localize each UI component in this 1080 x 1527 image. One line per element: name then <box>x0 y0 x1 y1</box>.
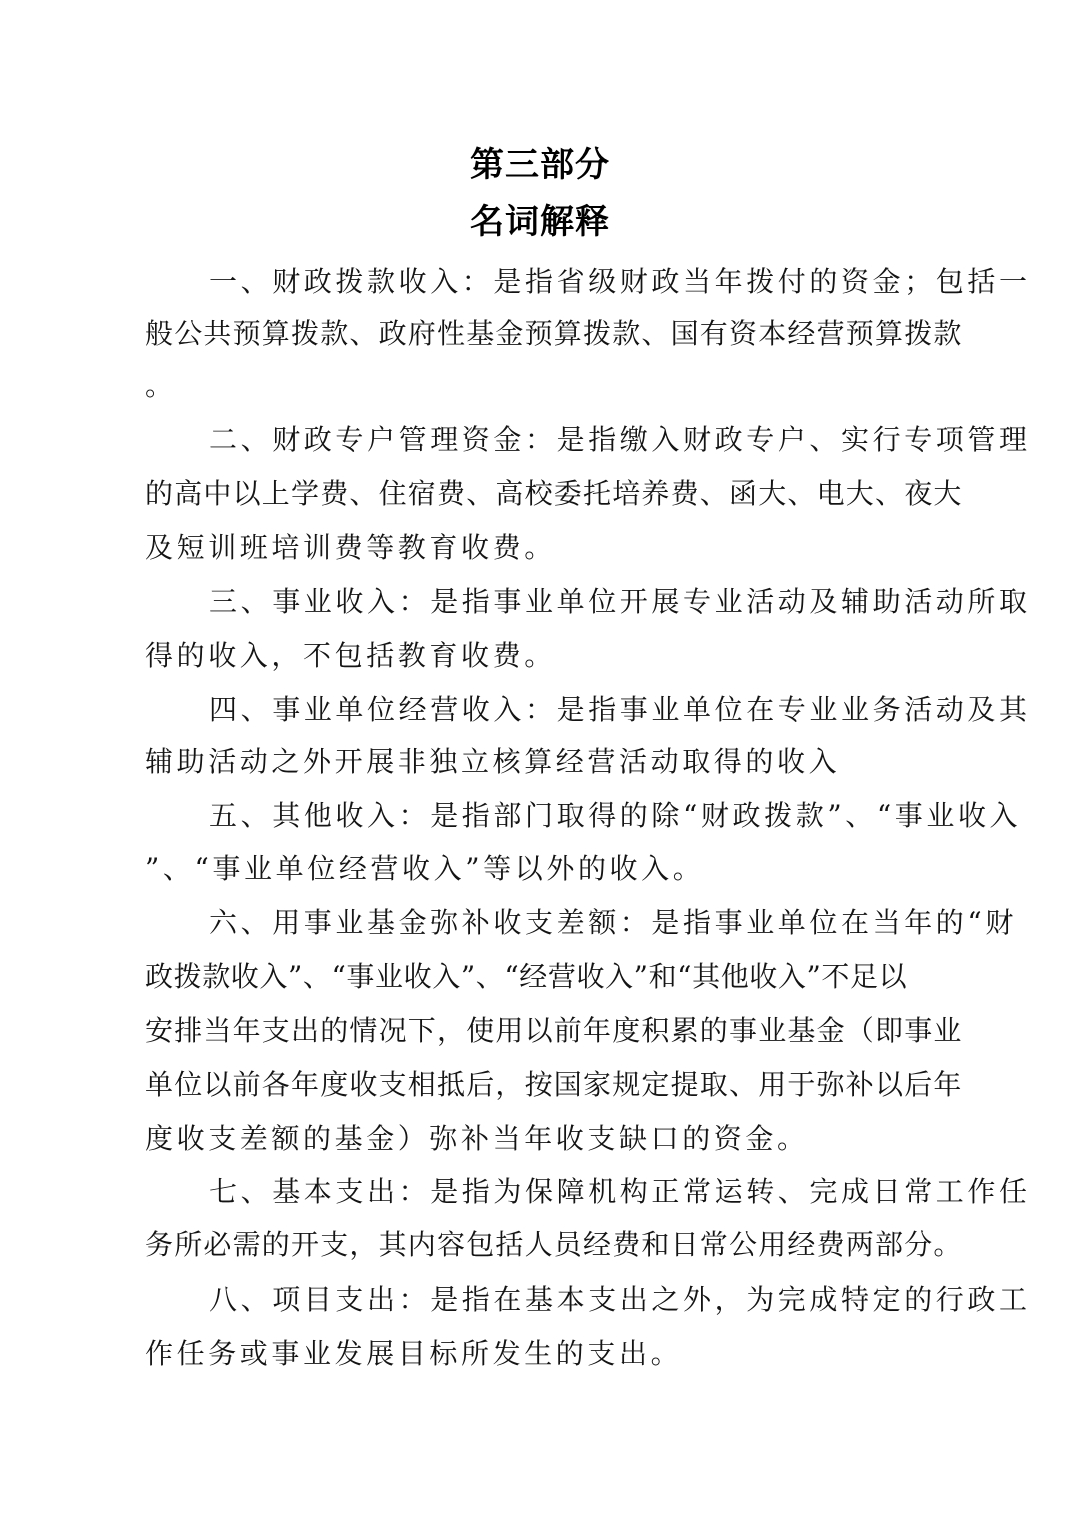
document-page: 第三部分 名词解释 一、财政拨款收入：是指省级财政当年拨付的资金；包括一 般公共… <box>0 0 1080 1527</box>
paragraph-line: 般公共预算拨款、政府性基金预算拨款、国有资本经营预算拨款 <box>145 314 945 354</box>
section-title: 第三部分 <box>0 145 1080 185</box>
paragraph-line: 单位以前各年度收支相抵后，按国家规定提取、用于弥补以后年 <box>145 1065 945 1105</box>
paragraph-line: 辅助活动之外开展非独立核算经营活动取得的收入 <box>145 742 945 782</box>
paragraph-line: 作任务或事业发展目标所发生的支出。 <box>145 1334 945 1374</box>
paragraph-line: 及短训班培训费等教育收费。 <box>145 528 945 568</box>
paragraph-line: 务所必需的开支，其内容包括人员经费和日常公用经费两部分。 <box>145 1225 945 1265</box>
paragraph-line: 五、其他收入：是指部门取得的除“财政拨款”、“事业收入 <box>145 796 945 836</box>
paragraph-line: 二、财政专户管理资金：是指缴入财政专户、实行专项管理 <box>145 420 945 460</box>
paragraph-line: 七、基本支出：是指为保障机构正常运转、完成日常工作任 <box>145 1172 945 1212</box>
section-subtitle: 名词解释 <box>0 202 1080 242</box>
paragraph-line: 八、项目支出：是指在基本支出之外，为完成特定的行政工 <box>145 1280 945 1320</box>
paragraph-line: 度收支差额的基金）弥补当年收支缺口的资金。 <box>145 1119 945 1159</box>
paragraph-line: 得的收入，不包括教育收费。 <box>145 636 945 676</box>
paragraph-line: 一、财政拨款收入：是指省级财政当年拨付的资金；包括一 <box>145 262 945 302</box>
paragraph-line: 。 <box>145 366 945 406</box>
paragraph-line: 的高中以上学费、住宿费、高校委托培养费、函大、电大、夜大 <box>145 474 945 514</box>
paragraph-line: 四、事业单位经营收入：是指事业单位在专业业务活动及其 <box>145 690 945 730</box>
paragraph-line: ”、“事业单位经营收入”等以外的收入。 <box>145 849 945 889</box>
paragraph-line: 政拨款收入”、“事业收入”、“经营收入”和“其他收入”不足以 <box>145 957 945 997</box>
paragraph-line: 安排当年支出的情况下，使用以前年度积累的事业基金（即事业 <box>145 1011 945 1051</box>
paragraph-line: 三、事业收入：是指事业单位开展专业活动及辅助活动所取 <box>145 582 945 622</box>
paragraph-line: 六、用事业基金弥补收支差额：是指事业单位在当年的“财 <box>145 903 945 943</box>
